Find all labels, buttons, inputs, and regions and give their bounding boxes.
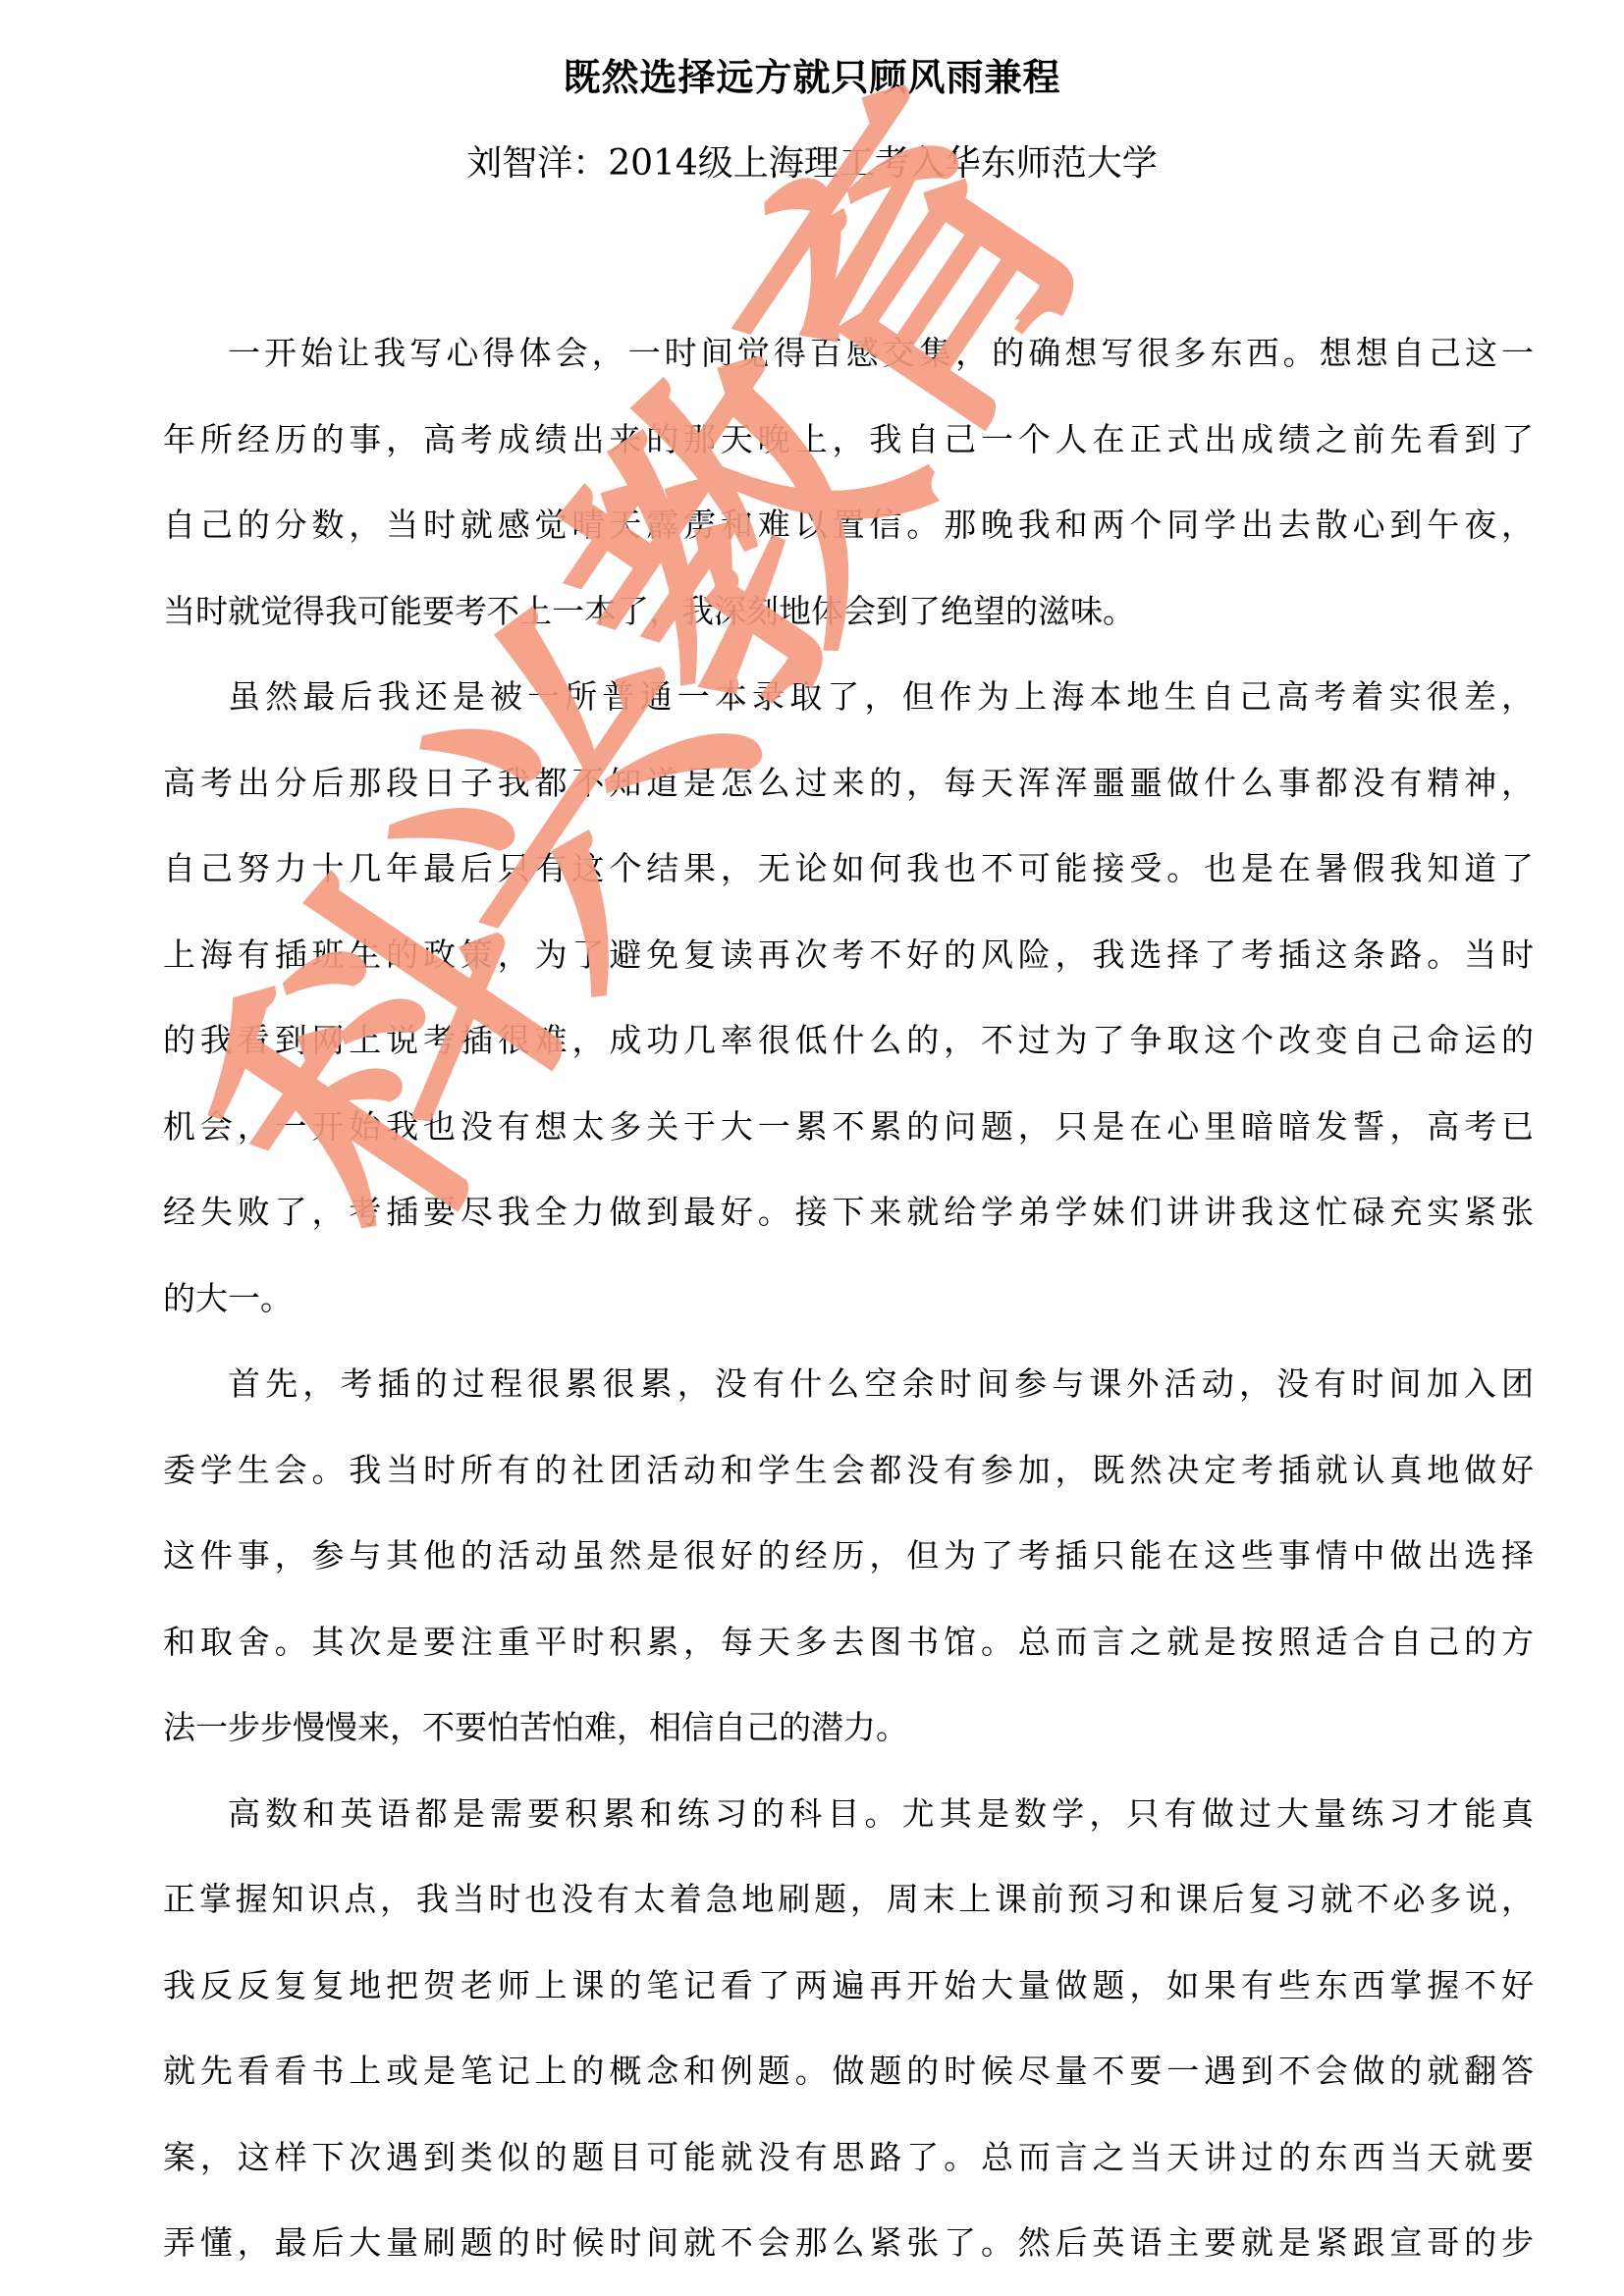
text-line: 自己的分数，当时就感觉晴天霹雳和难以置信。那晚我和两个同学出去散心到午夜， [98,482,1534,568]
text-line: 高数和英语都是需要积累和练习的科目。尤其是数学，只有做过大量练习才能真 [98,1771,1534,1857]
text-line: 法一步步慢慢来，不要怕苦怕难，相信自己的潜力。 [98,1684,1534,1771]
text-line: 上海有插班生的政策，为了避免复读再次考不好的风险，我选择了考插这条路。当时 [98,912,1534,998]
paragraph-2: 虽然最后我还是被一所普通一本录取了，但作为上海本地生自己高考着实很差， 高考出分… [98,654,1534,1341]
document-page: 既然选择远方就只顾风雨兼程 刘智洋：2014级上海理工考入华东师范大学 一开始让… [0,0,1624,2296]
text-line: 弄懂，最后大量刷题的时候时间就不会那么紧张了。然后英语主要就是紧跟宣哥的步 [98,2200,1534,2286]
text-line: 就先看看书上或是笔记上的概念和例题。做题的时候尽量不要一遇到不会做的就翻答 [98,2028,1534,2114]
text-line: 当时就觉得我可能要考不上一本了，我深刻地体会到了绝望的滋味。 [98,568,1534,655]
text-line: 委学生会。我当时所有的社团活动和学生会都没有参加，既然决定考插就认真地做好 [98,1427,1534,1514]
paragraph-4: 高数和英语都是需要积累和练习的科目。尤其是数学，只有做过大量练习才能真 正掌握知… [98,1771,1534,2286]
text-line: 这件事，参与其他的活动虽然是很好的经历，但为了考插只能在这些事情中做出选择 [98,1513,1534,1599]
text-line: 机会，一开始我也没有想太多关于大一累不累的问题，只是在心里暗暗发誓，高考已 [98,1084,1534,1170]
text-line: 正掌握知识点，我当时也没有太着急地刷题，周末上课前预习和课后复习就不必多说， [98,1856,1534,1943]
paragraph-3: 首先，考插的过程很累很累，没有什么空余时间参与课外活动，没有时间加入团 委学生会… [98,1341,1534,1771]
text-line: 和取舍。其次是要注重平时积累，每天多去图书馆。总而言之就是按照适合自己的方 [98,1599,1534,1685]
document-body: 一开始让我写心得体会，一时间觉得百感交集，的确想写很多东西。想想自己这一 年所经… [98,310,1534,2286]
text-line: 案，这样下次遇到类似的题目可能就没有思路了。总而言之当天讲过的东西当天就要 [98,2114,1534,2201]
text-line: 的大一。 [98,1255,1534,1342]
document-title: 既然选择远方就只顾风雨兼程 [0,47,1624,101]
text-line: 一开始让我写心得体会，一时间觉得百感交集，的确想写很多东西。想想自己这一 [98,310,1534,397]
text-line: 经失败了，考插要尽我全力做到最好。接下来就给学弟学妹们讲讲我这忙碌充实紧张 [98,1169,1534,1255]
document-subtitle: 刘智洋：2014级上海理工考入华东师范大学 [0,135,1624,186]
paragraph-1: 一开始让我写心得体会，一时间觉得百感交集，的确想写很多东西。想想自己这一 年所经… [98,310,1534,654]
text-line: 年所经历的事，高考成绩出来的那天晚上，我自己一个人在正式出成绩之前先看到了 [98,397,1534,483]
text-line: 首先，考插的过程很累很累，没有什么空余时间参与课外活动，没有时间加入团 [98,1341,1534,1427]
text-line: 自己努力十几年最后只有这个结果，无论如何我也不可能接受。也是在暑假我知道了 [98,826,1534,912]
text-line: 虽然最后我还是被一所普通一本录取了，但作为上海本地生自己高考着实很差， [98,654,1534,740]
text-line: 我反反复复地把贺老师上课的笔记看了两遍再开始大量做题，如果有些东西掌握不好 [98,1943,1534,2029]
text-line: 高考出分后那段日子我都不知道是怎么过来的，每天浑浑噩噩做什么事都没有精神， [98,740,1534,827]
text-line: 的我看到网上说考插很难，成功几率很低什么的，不过为了争取这个改变自己命运的 [98,997,1534,1084]
